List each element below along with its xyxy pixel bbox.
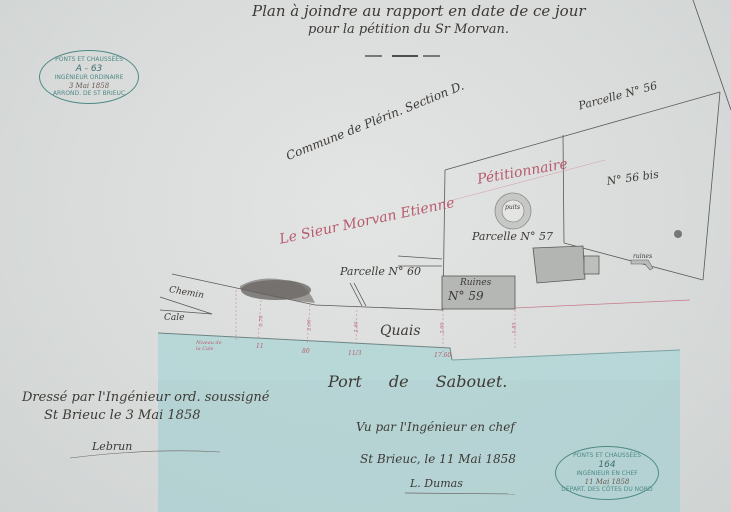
ruins-number: N° 59 xyxy=(448,289,484,303)
building-57 xyxy=(533,246,585,283)
quai-label: Quais xyxy=(380,323,421,339)
ruins-label: Ruines xyxy=(460,278,491,288)
plan-title-line2: pour la pétition du Sr Morvan. xyxy=(308,22,509,37)
drafted-by-line1: Dressé par l'Ingénieur ord. soussigné xyxy=(22,390,270,405)
stamp-left-bottom: ARROND. DE ST BRIEUC xyxy=(40,90,138,98)
vertical-mark-4: 1.85 xyxy=(512,322,518,333)
stamp-right-bottom: DÉPART. DES CÔTES DU NORD xyxy=(556,486,658,494)
stamp-ingenieur-en-chef: PONTS ET CHAUSSÉES 164 INGÉNIEUR EN CHEF… xyxy=(555,446,659,500)
vertical-mark-3: 2.00 xyxy=(440,322,446,333)
vertical-mark-0: 0.70 xyxy=(259,315,265,326)
shore-mark-1: 11 xyxy=(256,343,264,350)
stamp-right-role: INGÉNIEUR EN CHEF xyxy=(556,470,658,478)
port-label: Port de Sabouet. xyxy=(328,372,507,391)
seen-by-line2: St Brieuc, le 11 Mai 1858 xyxy=(360,452,516,466)
stamp-right-top: PONTS ET CHAUSSÉES xyxy=(556,452,658,460)
stamp-left-role: INGÉNIEUR ORDINAIRE xyxy=(40,74,138,82)
cale-label: Cale xyxy=(164,313,184,323)
shore-mark-0: Niveau de la Cale xyxy=(196,340,224,352)
stamp-right-number: 164 xyxy=(556,460,658,470)
plan-sheet: Plan à joindre au rapport en date de ce … xyxy=(0,0,731,512)
stamp-left-date: 3 Mai 1858 xyxy=(40,82,138,90)
vertical-mark-1: 2.00 xyxy=(307,319,313,330)
plan-title-line1: Plan à joindre au rapport en date de ce … xyxy=(252,2,586,20)
well-label: puits xyxy=(505,204,520,211)
engineer-signature-left: Lebrun xyxy=(92,440,132,453)
parcel-60-label: Parcelle N° 60 xyxy=(340,265,421,278)
drafted-by-line2: St Brieuc le 3 Mai 1858 xyxy=(44,408,201,423)
parcel-57-label: Parcelle N° 57 xyxy=(472,230,553,243)
stamp-left-number: A - 63 xyxy=(40,64,138,74)
stamp-ingenieur-ordinaire: PONTS ET CHAUSSÉES A - 63 INGÉNIEUR ORDI… xyxy=(39,50,139,104)
stamp-left-top: PONTS ET CHAUSSÉES xyxy=(40,56,138,64)
shore-mark-4: 17.60 xyxy=(434,352,451,359)
shore-mark-3: 11/3 xyxy=(348,350,361,357)
engineer-signature-right: L. Dumas xyxy=(410,477,463,490)
seen-by-line1: Vu par l'Ingénieur en chef xyxy=(356,420,515,434)
shore-mark-2: 80 xyxy=(302,348,310,355)
vertical-mark-2: 2.40 xyxy=(354,321,360,332)
small-ruins-label: ruines xyxy=(633,253,652,260)
stamp-right-date: 11 Mai 1858 xyxy=(556,478,658,486)
